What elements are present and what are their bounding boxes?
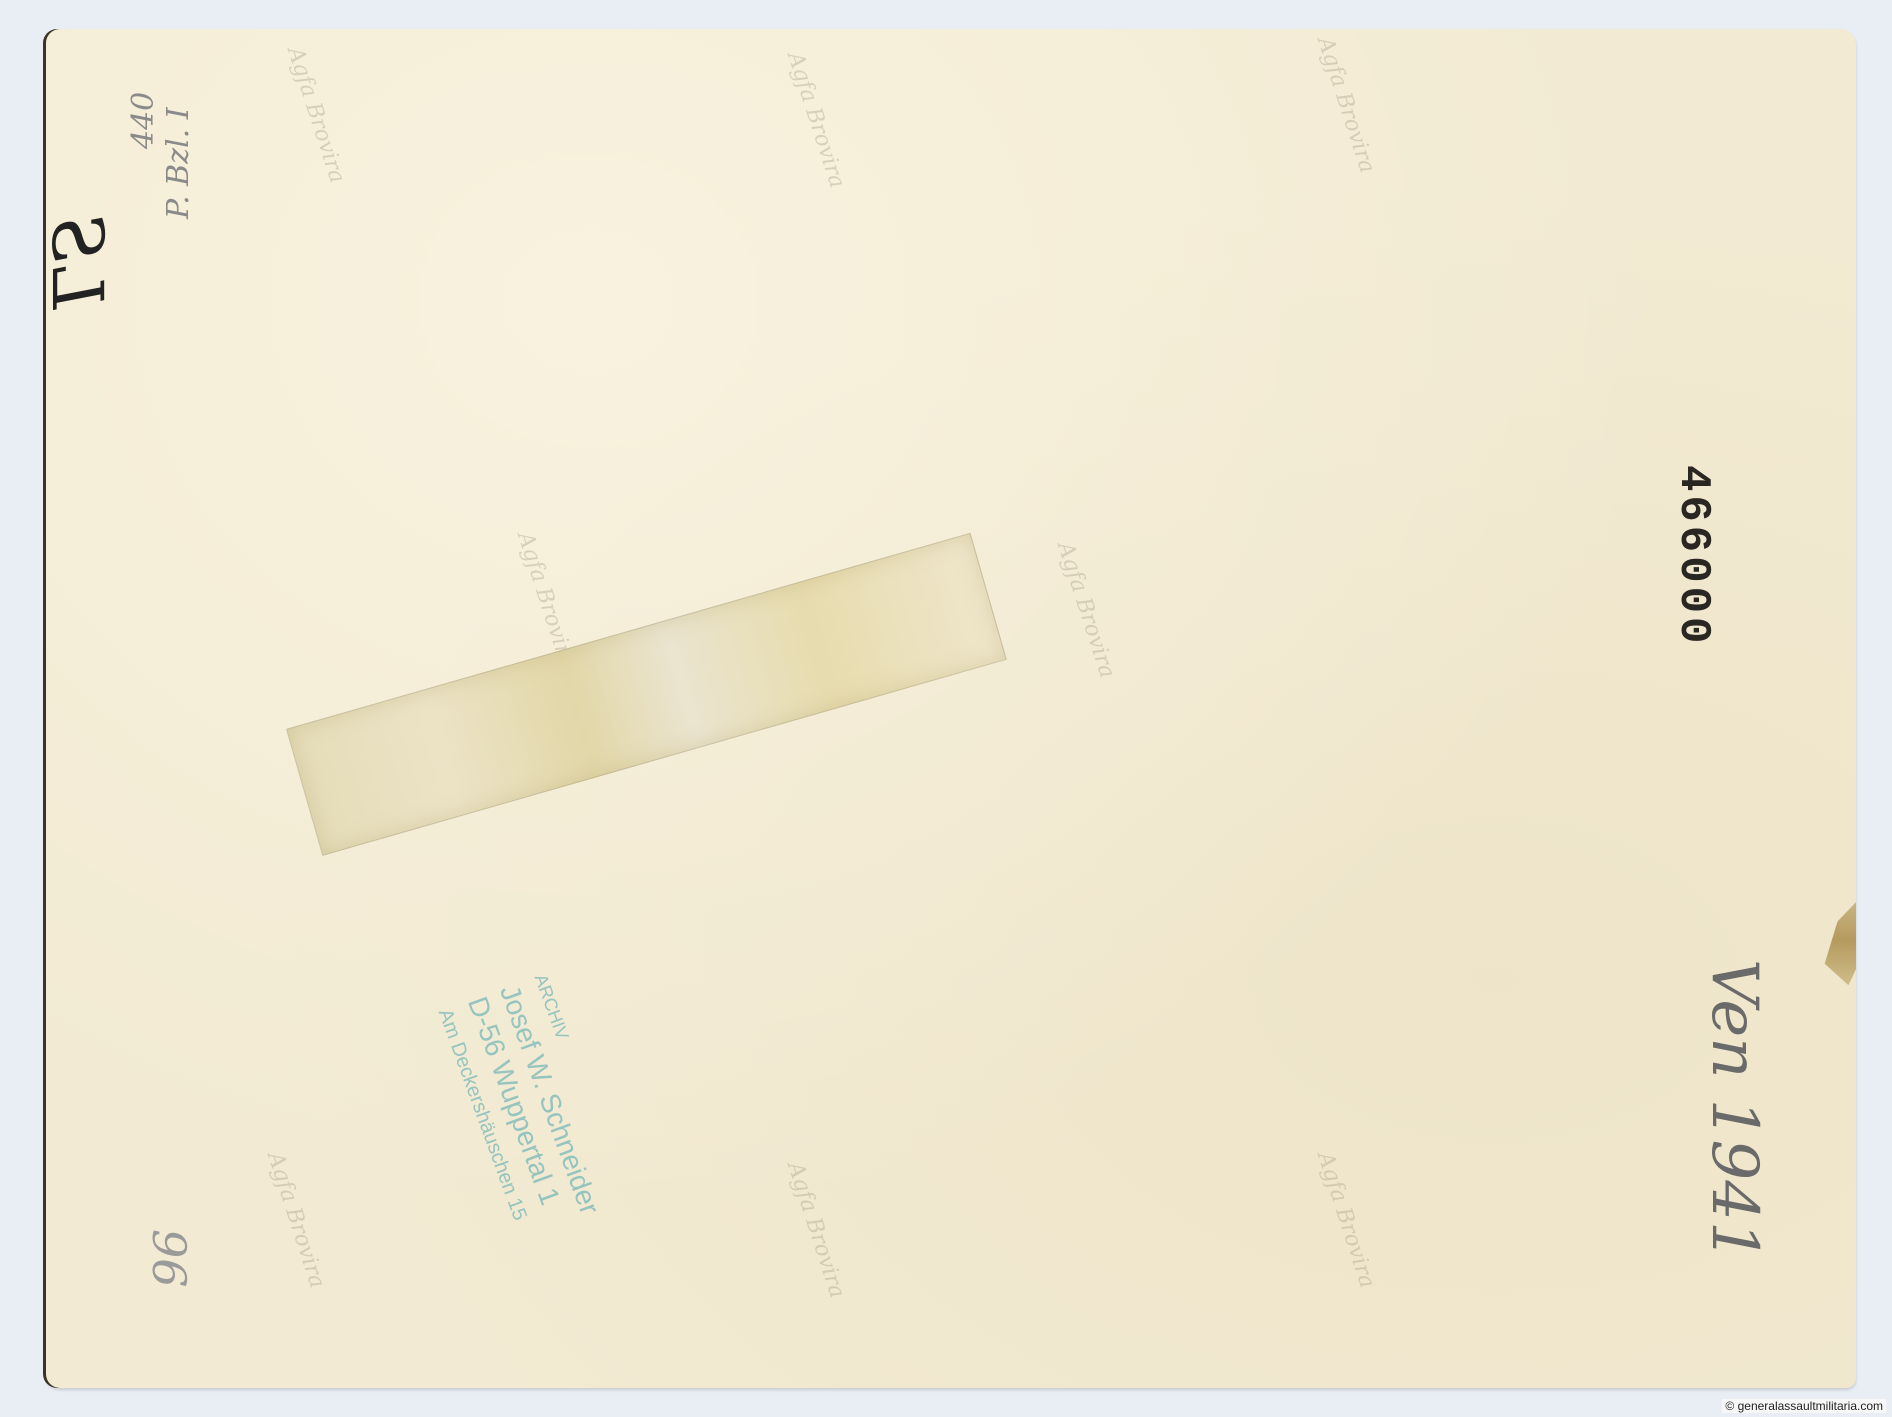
paper-watermark: Agfa Brovira xyxy=(262,1149,329,1291)
paper-watermark: Agfa Brovira xyxy=(782,49,849,191)
pencil-code-ls: LS xyxy=(46,215,118,309)
pencil-ref-pbzl: P. Bzl. I xyxy=(161,107,196,219)
photo-back-card: Agfa Brovira Agfa Brovira Agfa Brovira A… xyxy=(46,29,1856,1388)
tape-strip xyxy=(286,533,1007,856)
archive-stamp: ARCHIV Josef W. Schneider D-56 Wuppertal… xyxy=(428,969,638,1242)
torn-paper-fragment xyxy=(1817,871,1856,988)
copyright-notice: © generalassaultmilitaria.com xyxy=(1722,1399,1886,1413)
paper-watermark: Agfa Brovira xyxy=(1312,1149,1379,1291)
pencil-mark-96: 96 xyxy=(142,1229,196,1288)
pencil-date: Ven 1941 xyxy=(1697,959,1771,1262)
pencil-ref-440: 440 xyxy=(126,92,161,149)
paper-watermark: Agfa Brovira xyxy=(1052,539,1119,681)
paper-watermark: Agfa Brovira xyxy=(782,1159,849,1301)
stamped-number: 466000 xyxy=(1668,465,1718,647)
paper-watermark: Agfa Brovira xyxy=(1312,34,1379,176)
paper-watermark: Agfa Brovira xyxy=(282,44,349,186)
